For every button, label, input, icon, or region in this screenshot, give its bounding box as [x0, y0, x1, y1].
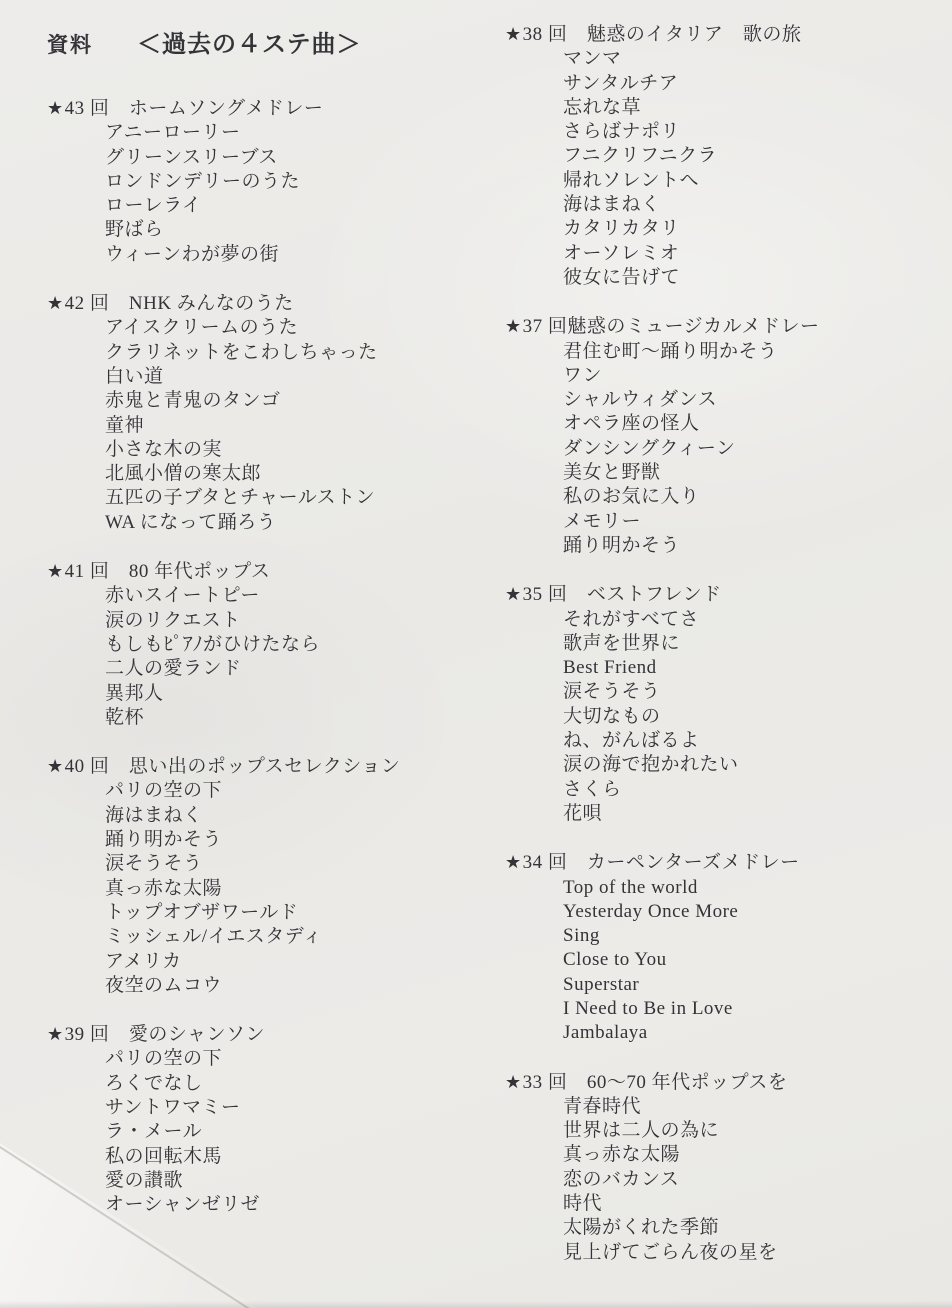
- doc-label: 資料: [47, 29, 93, 59]
- song-section: ★33 回 60〜70 年代ポップスを 青春時代世界は二人の為に真っ赤な太陽恋の…: [505, 1070, 950, 1265]
- song-list: アニーローリーグリーンスリーブスロンドンデリーのうたローレライ野ばらウィーンわが…: [47, 121, 492, 267]
- star-icon: ★: [505, 584, 522, 604]
- song-item: グリーンスリーブス: [105, 146, 492, 170]
- song-item: パリの空の下: [105, 1047, 492, 1071]
- song-item: マンマ: [563, 47, 950, 71]
- section-heading: ★39 回 愛のシャンソン: [47, 1022, 492, 1047]
- song-item: 真っ赤な太陽: [105, 877, 492, 901]
- song-item: 二人の愛ランド: [105, 657, 492, 681]
- song-item: 赤鬼と青鬼のタンゴ: [105, 389, 492, 413]
- song-item: ラ・メール: [105, 1120, 492, 1144]
- song-item: 恋のバカンス: [563, 1168, 950, 1192]
- song-list: Top of the worldYesterday Once MoreSingC…: [505, 876, 950, 1046]
- song-item: Superstar: [563, 973, 950, 997]
- star-icon: ★: [47, 1024, 64, 1044]
- song-item: 五匹の子ブタとチャールストン: [105, 486, 492, 510]
- song-item: WA になって踊ろう: [105, 511, 492, 535]
- song-item: オーソレミオ: [563, 242, 950, 266]
- song-item: Yesterday Once More: [563, 900, 950, 924]
- section-heading: ★42 回 NHK みんなのうた: [47, 291, 492, 316]
- song-item: Jambalaya: [563, 1021, 950, 1045]
- song-item: 忘れな草: [563, 96, 950, 120]
- song-section: ★39 回 愛のシャンソン パリの空の下ろくでなしサントワマミーラ・メール私の回…: [47, 1022, 492, 1217]
- song-item: ローレライ: [105, 194, 492, 218]
- song-item: サントワマミー: [105, 1096, 492, 1120]
- song-item: 歌声を世界に: [563, 632, 950, 656]
- song-section: ★40 回 思い出のポップスセレクション パリの空の下海はまねく踊り明かそう涙そ…: [47, 754, 492, 998]
- song-item: ダンシングクィーン: [563, 437, 950, 461]
- song-item: アイスクリームのうた: [105, 316, 492, 340]
- section-heading: ★37 回魅惑のミュージカルメドレー: [505, 314, 950, 339]
- song-item: 彼女に告げて: [563, 266, 950, 290]
- song-section: ★41 回 80 年代ポップス 赤いスイートピー涙のリクエストもしもﾋﾟｱﾉがひ…: [47, 559, 492, 730]
- song-item: アメリカ: [105, 950, 492, 974]
- song-item: ワン: [563, 364, 950, 388]
- song-item: 踊り明かそう: [105, 828, 492, 852]
- song-item: 白い道: [105, 365, 492, 389]
- song-item: 北風小僧の寒太郎: [105, 462, 492, 486]
- song-list: 君住む町〜踊り明かそうワンシャルウィダンスオペラ座の怪人ダンシングクィーン美女と…: [505, 340, 950, 559]
- song-item: ミッシェル/イエスタディ: [105, 925, 492, 949]
- section-heading: ★34 回 カーペンターズメドレー: [505, 850, 950, 875]
- song-section: ★43 回 ホームソングメドレー アニーローリーグリーンスリーブスロンドンデリー…: [47, 96, 492, 267]
- song-item: 涙そうそう: [105, 852, 492, 876]
- song-item: ね、がんばるよ: [563, 729, 950, 753]
- song-item: 太陽がくれた季節: [563, 1216, 950, 1240]
- page-title: ＜過去の４ステ曲＞: [137, 24, 362, 59]
- song-item: 君住む町〜踊り明かそう: [563, 340, 950, 364]
- star-icon: ★: [505, 316, 522, 336]
- section-heading: ★43 回 ホームソングメドレー: [47, 96, 492, 121]
- song-item: シャルウィダンス: [563, 388, 950, 412]
- song-item: I Need to Be in Love: [563, 997, 950, 1021]
- song-item: 帰れソレントへ: [563, 169, 950, 193]
- section-heading-text: 39 回 愛のシャンソン: [65, 1024, 265, 1045]
- song-item: 世界は二人の為に: [563, 1119, 950, 1143]
- song-item: ウィーンわが夢の街: [105, 243, 492, 267]
- song-item: 乾杯: [105, 706, 492, 730]
- song-item: ロンドンデリーのうた: [105, 170, 492, 194]
- song-item: 私のお気に入り: [563, 485, 950, 509]
- section-heading: ★35 回 ベストフレンド: [505, 582, 950, 607]
- song-list: パリの空の下ろくでなしサントワマミーラ・メール私の回転木馬愛の讃歌オーシャンゼリ…: [47, 1047, 492, 1217]
- song-item: 涙のリクエスト: [105, 609, 492, 633]
- song-item: 大切なもの: [563, 705, 950, 729]
- song-item: 海はまねく: [105, 804, 492, 828]
- song-item: 見上げてごらん夜の星を: [563, 1241, 950, 1265]
- song-item: 青春時代: [563, 1095, 950, 1119]
- scan-edge-shadow: [0, 1301, 952, 1308]
- song-section: ★42 回 NHK みんなのうた アイスクリームのうたクラリネットをこわしちゃっ…: [47, 291, 492, 535]
- section-heading-text: 41 回 80 年代ポップス: [65, 561, 271, 582]
- song-item: アニーローリー: [105, 121, 492, 145]
- song-list: 青春時代世界は二人の為に真っ赤な太陽恋のバカンス時代太陽がくれた季節見上げてごら…: [505, 1095, 950, 1265]
- song-item: 踊り明かそう: [563, 534, 950, 558]
- section-heading: ★40 回 思い出のポップスセレクション: [47, 754, 492, 779]
- song-item: Close to You: [563, 948, 950, 972]
- song-section: ★38 回 魅惑のイタリア 歌の旅 マンマサンタルチア忘れな草さらばナポリフニク…: [505, 22, 950, 290]
- song-item: フニクリフニクラ: [563, 144, 950, 168]
- song-item: Sing: [563, 924, 950, 948]
- section-heading-text: 34 回 カーペンターズメドレー: [523, 852, 800, 873]
- song-item: 小さな木の実: [105, 438, 492, 462]
- song-list: アイスクリームのうたクラリネットをこわしちゃった白い道赤鬼と青鬼のタンゴ童神小さ…: [47, 316, 492, 535]
- song-item: オペラ座の怪人: [563, 412, 950, 436]
- scanned-page: 資料 ＜過去の４ステ曲＞ ★43 回 ホームソングメドレー アニーローリーグリー…: [0, 0, 952, 1308]
- song-list: パリの空の下海はまねく踊り明かそう涙そうそう真っ赤な太陽トップオブザワールドミッ…: [47, 779, 492, 998]
- right-column: ★38 回 魅惑のイタリア 歌の旅 マンマサンタルチア忘れな草さらばナポリフニク…: [505, 22, 950, 1289]
- song-item: オーシャンゼリゼ: [105, 1193, 492, 1217]
- song-item: メモリー: [563, 510, 950, 534]
- star-icon: ★: [505, 24, 522, 44]
- star-icon: ★: [505, 1072, 522, 1092]
- song-section: ★37 回魅惑のミュージカルメドレー 君住む町〜踊り明かそうワンシャルウィダンス…: [505, 314, 950, 558]
- song-section: ★35 回 ベストフレンド それがすべてさ歌声を世界にBest Friend涙そ…: [505, 582, 950, 826]
- song-item: それがすべてさ: [563, 608, 950, 632]
- song-item: 童神: [105, 414, 492, 438]
- star-icon: ★: [47, 561, 64, 581]
- star-icon: ★: [47, 756, 64, 776]
- star-icon: ★: [505, 852, 522, 872]
- song-list: 赤いスイートピー涙のリクエストもしもﾋﾟｱﾉがひけたなら二人の愛ランド異邦人乾杯: [47, 584, 492, 730]
- song-item: Top of the world: [563, 876, 950, 900]
- section-heading-text: 38 回 魅惑のイタリア 歌の旅: [523, 24, 802, 45]
- section-heading: ★33 回 60〜70 年代ポップスを: [505, 1070, 950, 1095]
- song-item: 花唄: [563, 802, 950, 826]
- left-column: ★43 回 ホームソングメドレー アニーローリーグリーンスリーブスロンドンデリー…: [47, 96, 492, 1241]
- song-item: ろくでなし: [105, 1072, 492, 1096]
- song-item: クラリネットをこわしちゃった: [105, 341, 492, 365]
- star-icon: ★: [47, 293, 64, 313]
- song-item: トップオブザワールド: [105, 901, 492, 925]
- song-item: 涙そうそう: [563, 680, 950, 704]
- song-item: 真っ赤な太陽: [563, 1143, 950, 1167]
- song-item: さらばナポリ: [563, 120, 950, 144]
- song-item: Best Friend: [563, 656, 950, 680]
- section-heading-text: 43 回 ホームソングメドレー: [65, 98, 324, 119]
- song-item: サンタルチア: [563, 72, 950, 96]
- section-heading-text: 40 回 思い出のポップスセレクション: [65, 756, 401, 777]
- song-item: 夜空のムコウ: [105, 974, 492, 998]
- section-heading-text: 33 回 60〜70 年代ポップスを: [523, 1072, 788, 1093]
- section-heading-text: 37 回魅惑のミュージカルメドレー: [523, 316, 820, 337]
- section-heading: ★38 回 魅惑のイタリア 歌の旅: [505, 22, 950, 47]
- doc-header: 資料 ＜過去の４ステ曲＞: [47, 24, 362, 59]
- song-item: さくら: [563, 778, 950, 802]
- song-list: マンマサンタルチア忘れな草さらばナポリフニクリフニクラ帰れソレントへ海はまねくカ…: [505, 47, 950, 290]
- song-item: カタリカタリ: [563, 217, 950, 241]
- song-item: 野ばら: [105, 218, 492, 242]
- song-item: 美女と野獣: [563, 461, 950, 485]
- song-item: パリの空の下: [105, 779, 492, 803]
- song-item: 海はまねく: [563, 193, 950, 217]
- song-item: 涙の海で抱かれたい: [563, 753, 950, 777]
- star-icon: ★: [47, 98, 64, 118]
- song-item: 赤いスイートピー: [105, 584, 492, 608]
- song-item: 異邦人: [105, 682, 492, 706]
- song-item: もしもﾋﾟｱﾉがひけたなら: [105, 633, 492, 657]
- section-heading-text: 42 回 NHK みんなのうた: [65, 293, 294, 314]
- song-item: 時代: [563, 1192, 950, 1216]
- song-section: ★34 回 カーペンターズメドレー Top of the worldYester…: [505, 850, 950, 1045]
- song-item: 愛の讃歌: [105, 1169, 492, 1193]
- song-list: それがすべてさ歌声を世界にBest Friend涙そうそう大切なものね、がんばる…: [505, 608, 950, 827]
- song-item: 私の回転木馬: [105, 1145, 492, 1169]
- section-heading-text: 35 回 ベストフレンド: [523, 584, 722, 605]
- section-heading: ★41 回 80 年代ポップス: [47, 559, 492, 584]
